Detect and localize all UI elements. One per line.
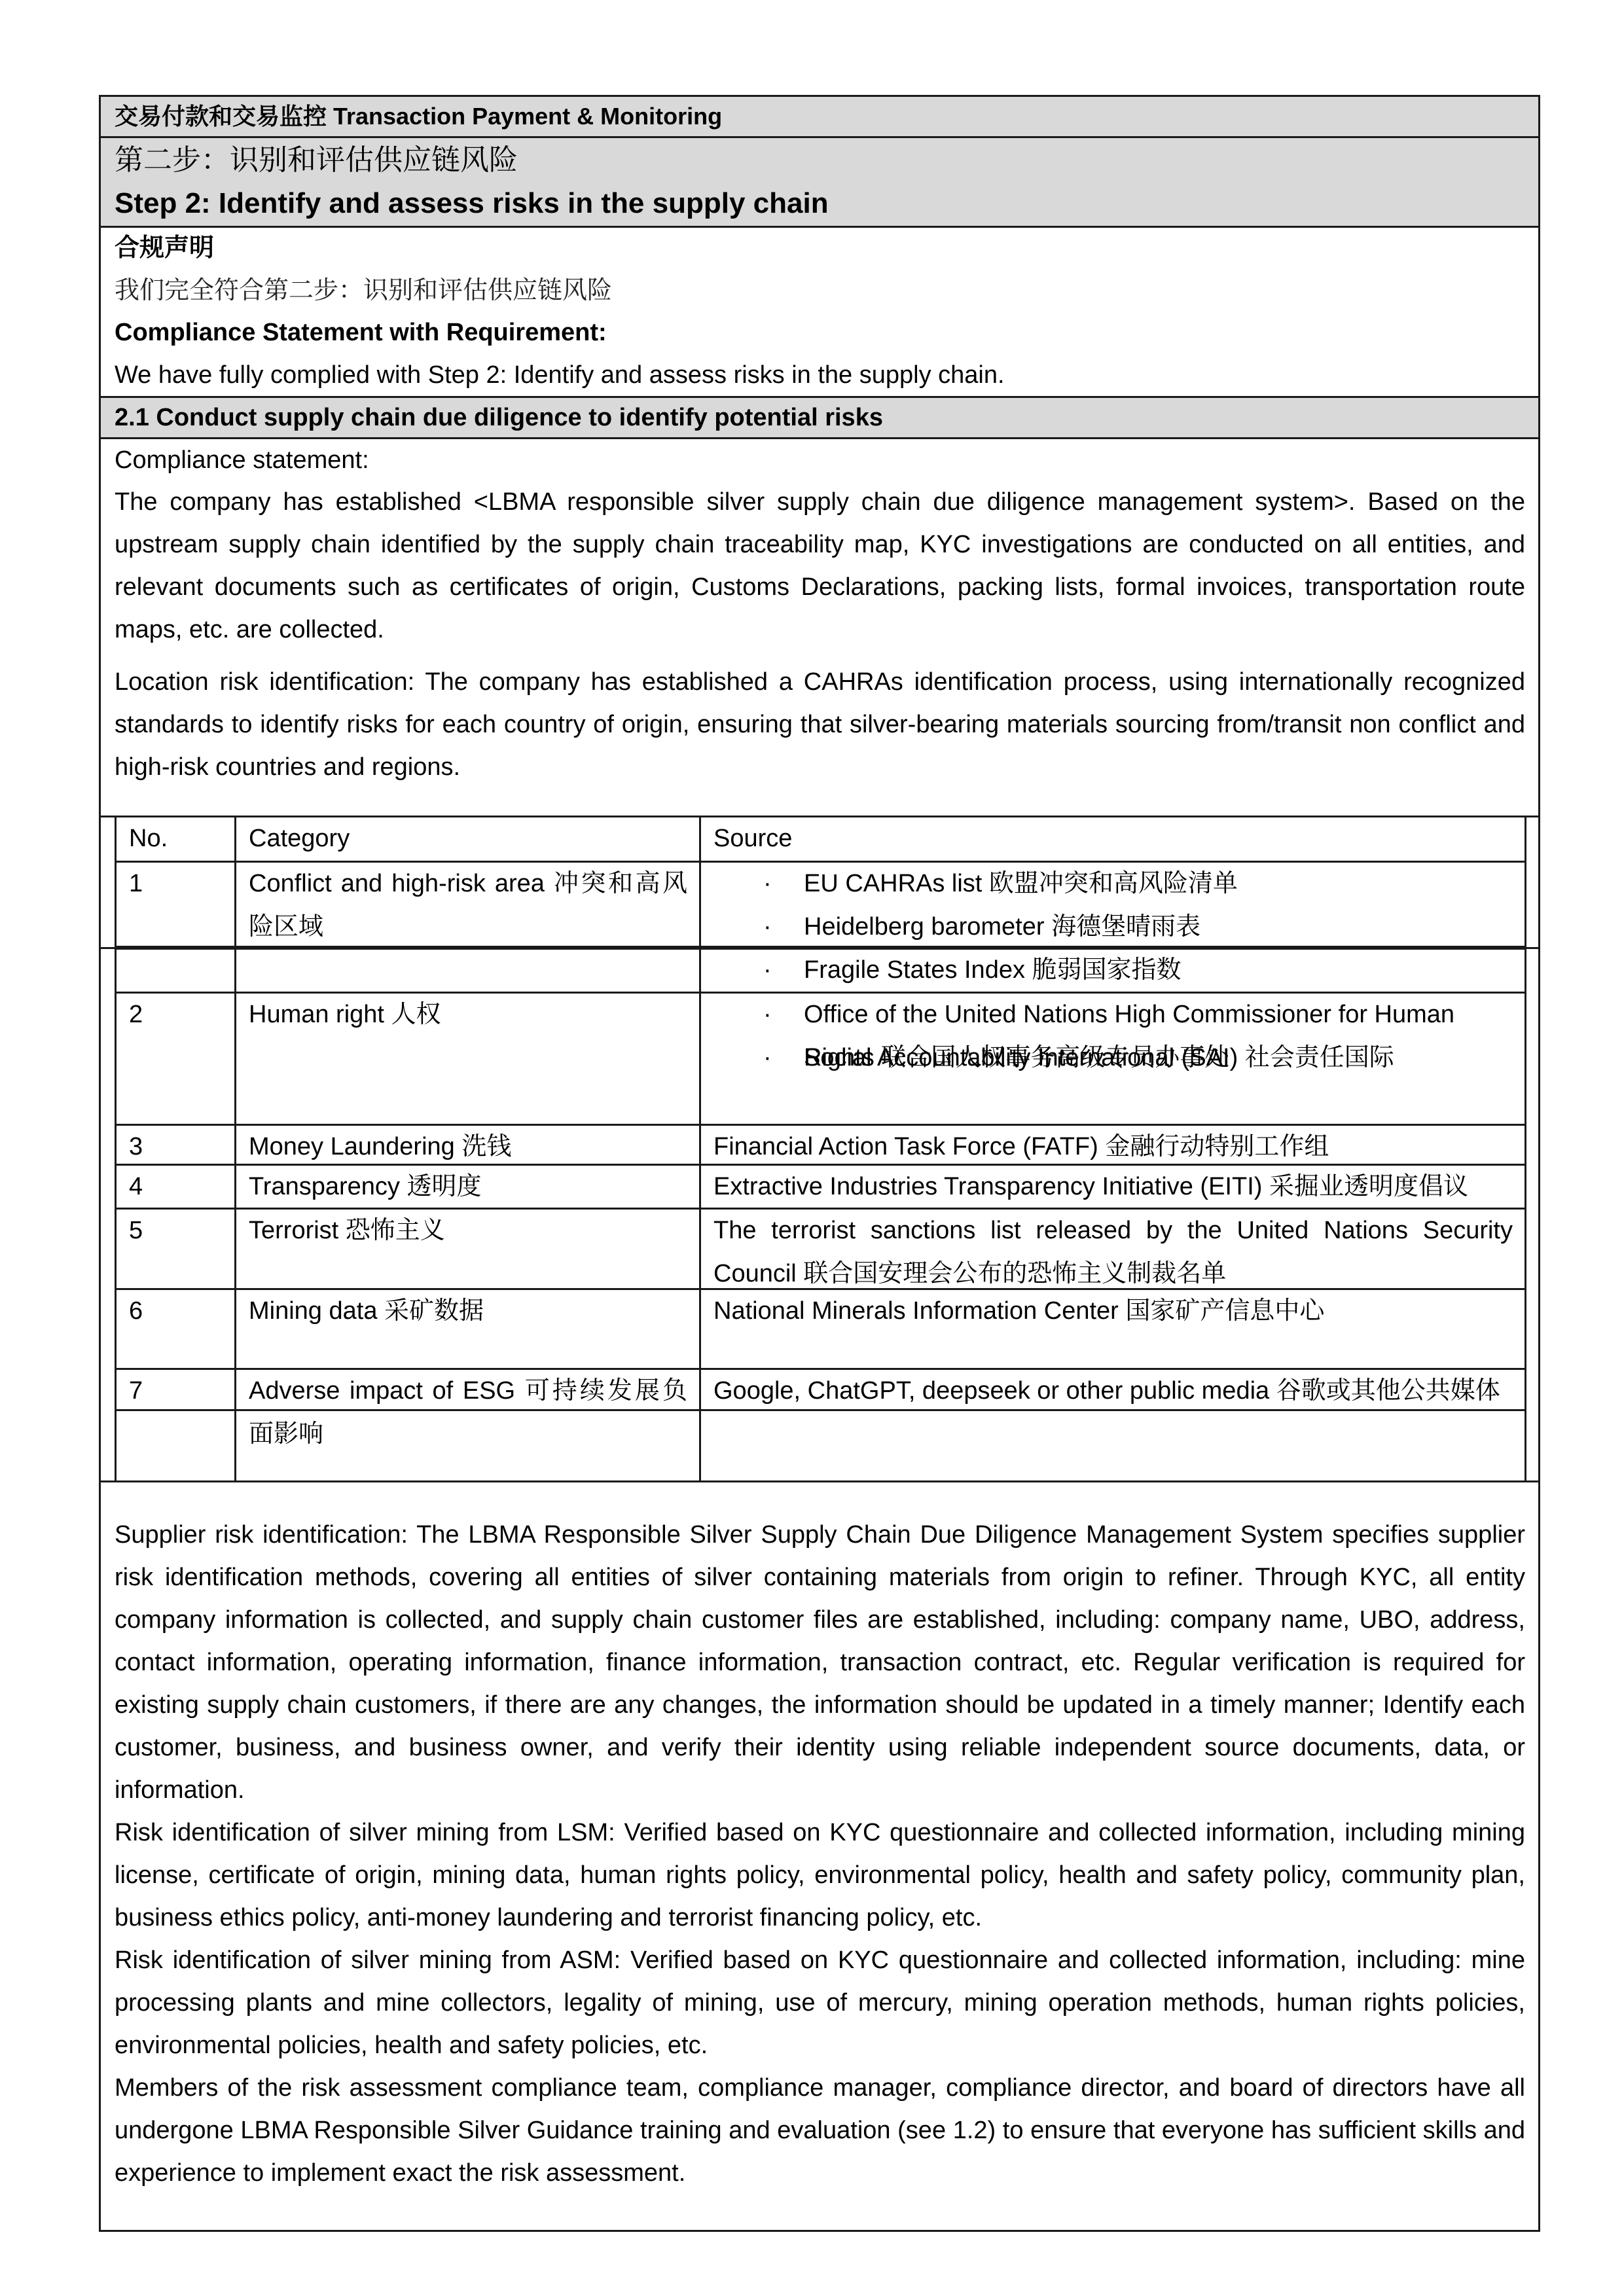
row-category: Adverse impact of ESG 可持续发展负面影响: [249, 1369, 687, 1456]
row-source: Financial Action Task Force (FATF) 金融行动特…: [713, 1125, 1513, 1168]
row-number: 6: [129, 1289, 143, 1333]
row-source: Heidelberg barometer 海德堡晴雨表: [804, 905, 1511, 948]
row-category: Transparency 透明度: [249, 1165, 687, 1208]
bullet-icon: ·: [763, 948, 772, 992]
row-category: Terrorist 恐怖主义: [249, 1209, 687, 1252]
row-number: 4: [129, 1165, 143, 1208]
row-source: Google, ChatGPT, deepseek or other publi…: [713, 1369, 1513, 1412]
subsection-title: 2.1 Conduct supply chain due diligence t…: [115, 396, 883, 439]
asm-risk-paragraph: Risk identification of silver mining fro…: [115, 1939, 1525, 2067]
bullet-icon: ·: [763, 905, 772, 948]
lsm-risk-paragraph: Risk identification of silver mining fro…: [115, 1812, 1525, 1939]
section-title: 交易付款和交易监控 Transaction Payment & Monitori…: [115, 95, 722, 138]
compliance-statement-en: We have fully complied with Step 2: Iden…: [115, 353, 1005, 397]
bullet-icon: ·: [763, 1036, 772, 1079]
row-number: 3: [129, 1125, 143, 1168]
row-source: Extractive Industries Transparency Initi…: [713, 1165, 1513, 1208]
compliance-intro-label: Compliance statement:: [115, 439, 369, 482]
row-source: National Minerals Information Center 国家矿…: [713, 1289, 1513, 1333]
step-title-cn: 第二步：识别和评估供应链风险: [115, 139, 518, 182]
row-source: Fragile States Index 脆弱国家指数: [804, 948, 1511, 992]
row-source: Social Accountability International (SAI…: [804, 1036, 1511, 1079]
bullet-icon: ·: [763, 993, 772, 1036]
row-number: 2: [129, 993, 143, 1036]
supplier-risk-paragraph: Supplier risk identification: The LBMA R…: [115, 1514, 1525, 1812]
row-number: 1: [129, 862, 143, 905]
column-header-source: Source: [713, 817, 792, 860]
column-header-no: No.: [129, 817, 168, 860]
location-risk-paragraph: Location risk identification: The compan…: [115, 661, 1525, 789]
row-category: Mining data 采矿数据: [249, 1289, 687, 1333]
column-header-category: Category: [249, 817, 350, 860]
divider: [99, 226, 1540, 228]
row-number: 5: [129, 1209, 143, 1252]
bullet-icon: ·: [763, 862, 772, 905]
row-source: The terrorist sanctions list released by…: [713, 1209, 1513, 1295]
row-number: 7: [129, 1369, 143, 1412]
row-category: Conflict and high-risk area 冲突和高风险区域: [249, 862, 687, 948]
compliance-statement-cn: 我们完全符合第二步：识别和评估供应链风险: [115, 268, 612, 312]
compliance-label-en: Compliance Statement with Requirement:: [115, 311, 607, 354]
traceability-paragraph: The company has established <LBMA respon…: [115, 481, 1525, 651]
row-source: EU CAHRAs list 欧盟冲突和高风险清单: [804, 862, 1511, 905]
table-column-divider: [1525, 817, 1526, 1480]
step-title-en: Step 2: Identify and assess risks in the…: [115, 182, 829, 225]
row-category: Money Laundering 洗钱: [249, 1125, 687, 1168]
row-category: Human right 人权: [249, 993, 687, 1036]
divider: [99, 1480, 1540, 1482]
team-training-paragraph: Members of the risk assessment complianc…: [115, 2067, 1525, 2195]
compliance-label-cn: 合规声明: [115, 226, 214, 269]
